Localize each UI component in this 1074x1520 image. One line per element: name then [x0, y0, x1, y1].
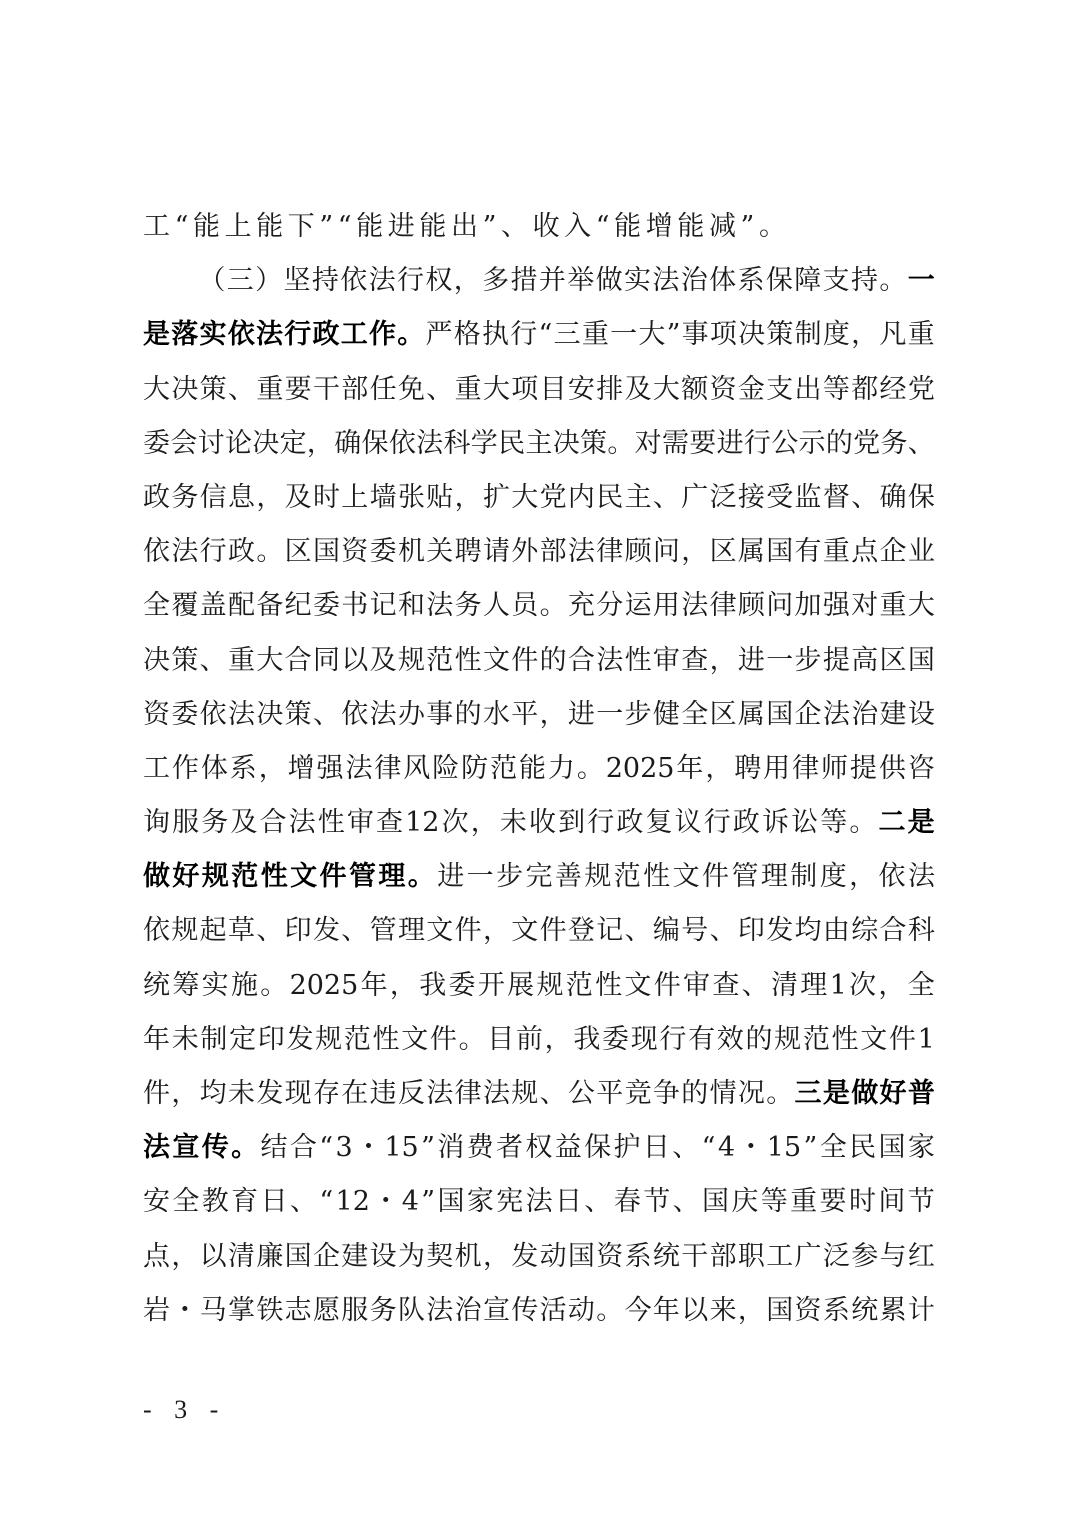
text: 以: [200, 1230, 227, 1284]
text: 防: [461, 742, 488, 796]
text-line: 岩・马掌铁志愿服务队法治宣传活动。今年以来，国资系统累计: [143, 1284, 935, 1338]
text: 益: [555, 1121, 582, 1175]
text: “: [175, 200, 189, 254]
text: 。: [459, 1013, 486, 1067]
text: 都: [851, 363, 878, 417]
text: 性: [832, 1013, 859, 1067]
text: 、: [625, 904, 652, 958]
text: 上: [225, 200, 252, 254]
text: 争: [653, 1067, 680, 1121]
text: 一: [766, 634, 793, 688]
text-line: 决策、重大合同以及规范性文件的合法性审查，进一步提高区国: [143, 634, 935, 688]
text: 范: [803, 1013, 830, 1067]
text: 进: [717, 417, 744, 471]
text: 件: [889, 1013, 916, 1067]
text: 国: [766, 1284, 793, 1338]
text: 、: [653, 471, 680, 525]
bold-text: 传: [202, 1121, 229, 1175]
text: 参: [851, 1230, 878, 1284]
text: ，: [454, 254, 481, 308]
text-line: 询服务及合法性审查12次，未收到行政复议行政诉讼等。二是: [143, 796, 935, 850]
text: ，: [171, 1067, 198, 1121]
text: 国: [285, 1230, 312, 1284]
text: 以: [341, 634, 368, 688]
text: 委: [313, 579, 340, 633]
text: 治: [455, 1284, 482, 1338]
text: 讼: [791, 796, 818, 850]
text: 查: [376, 796, 403, 850]
text: 人: [483, 579, 510, 633]
text: 讨: [198, 417, 225, 471]
text: 展: [507, 959, 534, 1013]
text: 到: [558, 796, 585, 850]
text: ，: [705, 742, 732, 796]
text: 宪: [496, 1175, 523, 1229]
text: 干: [681, 1230, 708, 1284]
text: 依: [879, 850, 906, 904]
text: 委: [143, 417, 170, 471]
text: 法: [526, 1175, 553, 1229]
text: 件: [702, 850, 729, 904]
text: 依: [143, 904, 170, 958]
text: 资: [710, 363, 737, 417]
text: 墙: [370, 471, 397, 525]
text: 律: [596, 525, 623, 579]
text: 前: [516, 1013, 543, 1067]
text: ，: [455, 471, 482, 525]
text: 委: [602, 1013, 629, 1067]
text: 15: [767, 1121, 801, 1175]
text: 机: [455, 1230, 482, 1284]
text: 教: [202, 1175, 229, 1229]
text: 公: [771, 417, 798, 471]
text: 未: [228, 1067, 255, 1121]
text: 岩: [143, 1284, 170, 1338]
text: ，: [307, 417, 334, 471]
text: 号: [681, 904, 708, 958]
text: 党: [540, 471, 567, 525]
text: 存: [313, 1067, 340, 1121]
text: 法: [416, 417, 443, 471]
text: 春: [614, 1175, 641, 1229]
text: 办: [398, 688, 425, 742]
bold-text: 范: [231, 850, 258, 904]
text: 法: [171, 525, 198, 579]
text: 法: [568, 525, 595, 579]
text: 情: [710, 1067, 737, 1121]
bold-text: 行: [284, 308, 311, 362]
bold-text: 做: [851, 1067, 878, 1121]
bold-text: 。: [231, 1121, 258, 1175]
text: 范: [614, 850, 641, 904]
text: ，: [878, 959, 905, 1013]
text: “: [596, 200, 610, 254]
text: 性: [625, 634, 652, 688]
text: 险: [432, 742, 459, 796]
text: 法: [289, 796, 316, 850]
text: 次: [849, 959, 876, 1013]
text: 同: [313, 634, 340, 688]
text: 任: [370, 363, 397, 417]
text: 策: [580, 417, 607, 471]
text: 文: [511, 904, 538, 958]
text: 大: [511, 471, 538, 525]
text: 队: [398, 1284, 425, 1338]
text: 监: [795, 471, 822, 525]
text: 受: [766, 471, 793, 525]
text: 合: [568, 634, 595, 688]
text: 文: [624, 959, 651, 1013]
text: 未: [172, 1013, 199, 1067]
text: 提: [823, 634, 850, 688]
text-line: 依规起草、印发、管理文件，文件登记、编号、印发均由综合科: [143, 904, 935, 958]
text: ，: [710, 634, 737, 688]
text: 系: [823, 1284, 850, 1338]
text: 重: [455, 363, 482, 417]
bold-text: 政: [313, 308, 340, 362]
text: 我: [419, 959, 446, 1013]
text: 法: [369, 254, 396, 308]
text: 宣: [483, 1284, 510, 1338]
text: 治: [851, 688, 878, 742]
text: 出: [451, 200, 478, 254]
text: 业: [908, 525, 935, 579]
text: ”: [741, 200, 755, 254]
text-line: 委会讨论决定，确保依法科学民主决策。对需要进行公示的党务、: [143, 417, 935, 471]
text: 全: [820, 1121, 847, 1175]
text: 重: [790, 1175, 817, 1229]
text: 广: [795, 1230, 822, 1284]
text: 并: [539, 254, 566, 308]
text: 以: [681, 1284, 708, 1338]
text: ，: [390, 959, 417, 1013]
text: 志: [285, 1284, 312, 1338]
text: ，: [540, 688, 567, 742]
text: 收: [529, 796, 556, 850]
text: 询: [143, 796, 170, 850]
text: 、: [313, 688, 340, 742]
text: 今: [625, 1284, 652, 1338]
text: 竞: [625, 1067, 652, 1121]
text: 范: [426, 634, 453, 688]
text: 消: [437, 1121, 464, 1175]
text: 资: [341, 525, 368, 579]
text: 顾: [625, 525, 652, 579]
bold-text: 法: [143, 1121, 170, 1175]
text: 均: [200, 1067, 227, 1121]
text: 安: [568, 363, 595, 417]
text: 强: [317, 742, 344, 796]
text: 等: [761, 1175, 788, 1229]
text: 国: [878, 1121, 905, 1175]
text: 系: [230, 742, 257, 796]
text: 登: [568, 904, 595, 958]
text: 运: [625, 579, 652, 633]
text: 政: [616, 796, 643, 850]
text: 书: [341, 579, 368, 633]
text: 能: [614, 200, 641, 254]
text-line: 做好规范性文件管理。进一步完善规范性文件管理制度，依法: [143, 850, 935, 904]
bold-text: 管: [349, 850, 376, 904]
text: 合: [880, 904, 907, 958]
text: 权: [525, 1121, 552, 1175]
text: 日: [261, 1175, 288, 1229]
text: ，: [483, 1230, 510, 1284]
text: 及: [370, 634, 397, 688]
text: 开: [478, 959, 505, 1013]
text: 律: [710, 579, 737, 633]
text: 节: [643, 1175, 670, 1229]
text: 对: [851, 579, 878, 633]
text: 我: [573, 1013, 600, 1067]
text: 充: [568, 579, 595, 633]
text: 活: [540, 1284, 567, 1338]
text: 来: [710, 1284, 737, 1338]
text: 、: [501, 200, 528, 254]
text: 间: [878, 1175, 905, 1229]
text: 法: [652, 254, 679, 308]
text: 性: [373, 1013, 400, 1067]
text: 、: [200, 634, 227, 688]
text: 。: [260, 959, 287, 1013]
text: 经: [880, 363, 907, 417]
text: 大: [638, 308, 665, 362]
text: 扩: [483, 471, 510, 525]
text: 机: [398, 525, 425, 579]
bold-text: 做: [143, 850, 170, 904]
text: 定: [280, 417, 307, 471]
text: 2025: [290, 959, 359, 1013]
text: 的: [826, 417, 853, 471]
text: 定: [229, 1013, 256, 1067]
text: 大: [653, 363, 680, 417]
text: 法: [426, 579, 453, 633]
bold-text: 好: [880, 1067, 907, 1121]
text: 顾: [738, 579, 765, 633]
text: 入: [564, 200, 591, 254]
text: 收: [533, 200, 560, 254]
text: 属: [738, 688, 765, 742]
bold-text: 依: [228, 308, 255, 362]
text: 律: [374, 742, 401, 796]
text: 备: [256, 579, 283, 633]
text: 行: [659, 1013, 686, 1067]
text: 委: [449, 959, 476, 1013]
text: “: [338, 200, 352, 254]
text: 发: [766, 904, 793, 958]
text: 额: [681, 363, 708, 417]
text: 聘: [455, 525, 482, 579]
text: 的: [681, 1067, 708, 1121]
text: 有: [688, 1013, 715, 1067]
text: 效: [717, 1013, 744, 1067]
text: 行: [744, 417, 771, 471]
text: 律: [455, 1067, 482, 1121]
text: 件: [654, 959, 681, 1013]
text: 决: [738, 308, 765, 362]
text: 度: [823, 308, 850, 362]
text: 和: [398, 579, 425, 633]
text: 、: [540, 1067, 567, 1121]
text: 性: [643, 850, 670, 904]
text: 。: [540, 579, 567, 633]
text: 查: [681, 634, 708, 688]
text: 服: [341, 1284, 368, 1338]
text: 、: [851, 471, 878, 525]
text: ，: [259, 742, 286, 796]
text: 保: [908, 471, 935, 525]
text: 全: [143, 579, 170, 633]
bold-text: 三: [795, 1067, 822, 1121]
text: 部: [710, 1230, 737, 1284]
text: 示: [799, 417, 826, 471]
text-line: 大决策、重要干部任免、重大项目安排及大额资金支出等都经党: [143, 363, 935, 417]
text: 持: [851, 254, 878, 308]
text: 部: [540, 525, 567, 579]
text: 况: [738, 1067, 765, 1121]
text: 持: [312, 254, 339, 308]
text: 、: [228, 363, 255, 417]
text: 要: [689, 417, 716, 471]
text: 。: [766, 1067, 793, 1121]
text: 力: [548, 742, 575, 796]
text: 张: [398, 471, 425, 525]
text: 策: [171, 634, 198, 688]
text: 支: [766, 363, 793, 417]
text: 。: [596, 1284, 623, 1338]
bold-text: 普: [908, 1067, 935, 1121]
text: 提: [850, 742, 877, 796]
text: ，: [681, 525, 708, 579]
text: ”: [421, 1175, 435, 1229]
text: 统: [653, 1230, 680, 1284]
text: 2025: [606, 742, 675, 796]
text: 时: [849, 1175, 876, 1229]
text: 记: [596, 904, 623, 958]
text: ”: [483, 200, 497, 254]
text: 务: [171, 471, 198, 525]
text: 重: [228, 634, 255, 688]
bold-text: 一: [908, 254, 935, 308]
text: 制: [200, 1013, 227, 1067]
text: 性: [595, 959, 622, 1013]
text: 范: [490, 742, 517, 796]
text: 决: [256, 688, 283, 742]
text: 。: [759, 200, 786, 254]
text-line: （三）坚持依法行权，多措并举做实法治体系保障支持。一: [143, 254, 935, 308]
text: 系: [625, 1230, 652, 1284]
text: 印: [285, 904, 312, 958]
text: 息: [228, 471, 255, 525]
text: 务: [455, 579, 482, 633]
text: 性: [455, 634, 482, 688]
text: 科: [908, 904, 935, 958]
text: 出: [795, 363, 822, 417]
text: 进: [437, 850, 464, 904]
text: 主: [625, 471, 652, 525]
bold-text: 工: [341, 308, 368, 362]
text: 事: [426, 688, 453, 742]
text: 公: [568, 1067, 595, 1121]
text: 建: [880, 688, 907, 742]
text: 步: [795, 634, 822, 688]
text: 要: [820, 1175, 847, 1229]
text: 对: [635, 417, 662, 471]
text: 范: [344, 1013, 371, 1067]
text: 文: [483, 634, 510, 688]
text: 规: [511, 1067, 538, 1121]
text: 重: [880, 579, 907, 633]
text: 三: [554, 308, 581, 362]
text: 铁: [256, 1284, 283, 1338]
text: 做: [596, 254, 623, 308]
text: 计: [908, 1284, 935, 1338]
text: 综: [851, 904, 878, 958]
text: 合: [285, 634, 312, 688]
text: 进: [388, 200, 415, 254]
text: 累: [880, 1284, 907, 1338]
bold-text: 是: [908, 796, 935, 850]
text: 日: [643, 1121, 670, 1175]
text: 行: [510, 308, 537, 362]
text: 。: [607, 417, 634, 471]
text: 国: [437, 1175, 464, 1229]
text: 件: [540, 904, 567, 958]
text: 保: [362, 417, 389, 471]
text: 实: [624, 254, 651, 308]
text: 现: [631, 1013, 658, 1067]
text: 审: [347, 796, 374, 850]
text: 法: [345, 742, 372, 796]
text: ）: [255, 254, 282, 308]
text: ”: [667, 308, 681, 362]
text: 依: [200, 688, 227, 742]
text: 议: [675, 796, 702, 850]
text: 1: [830, 959, 847, 1013]
text: 为: [398, 1230, 425, 1284]
text: 项: [511, 363, 538, 417]
text: 及: [625, 363, 652, 417]
text: 费: [467, 1121, 494, 1175]
text: 现: [285, 1067, 312, 1121]
text: 清: [771, 959, 798, 1013]
text: 件: [511, 634, 538, 688]
text: 大: [483, 363, 510, 417]
text: 规: [315, 1013, 342, 1067]
text: 红: [908, 1230, 935, 1284]
text: 在: [341, 1067, 368, 1121]
text: 问: [653, 525, 680, 579]
text: 育: [231, 1175, 258, 1229]
text: ，: [849, 850, 876, 904]
text: 年: [361, 959, 388, 1013]
text: 国: [702, 1175, 729, 1229]
text-line: 安全教育日、“12・4”国家宪法日、春节、国庆等重要时间节: [143, 1175, 935, 1229]
text: 的: [540, 634, 567, 688]
text: 泛: [823, 1230, 850, 1284]
text: 一: [596, 688, 623, 742]
text: 措: [511, 254, 538, 308]
text: 泛: [710, 471, 737, 525]
text: 决: [553, 417, 580, 471]
bold-text: 规: [202, 850, 229, 904]
text: 确: [880, 471, 907, 525]
text: 有: [795, 525, 822, 579]
text: 执: [482, 308, 509, 362]
text: 格: [454, 308, 481, 362]
text: 法: [370, 688, 397, 742]
text: 家: [908, 1121, 935, 1175]
